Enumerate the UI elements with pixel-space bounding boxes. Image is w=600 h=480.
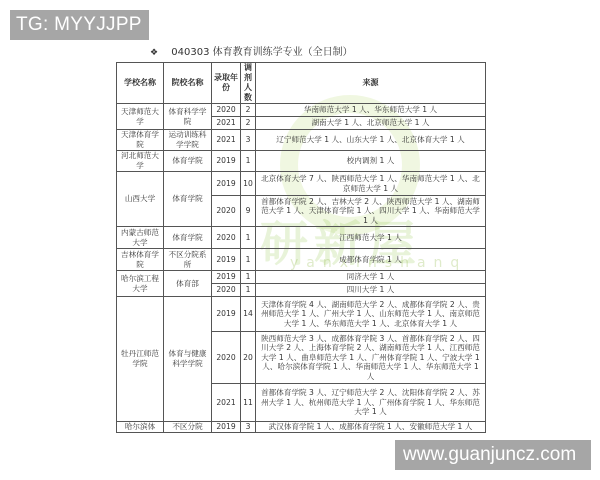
school-cell: 河北师范大学 bbox=[117, 151, 164, 172]
school-cell: 牡丹江师范学院 bbox=[117, 297, 164, 422]
source-cell: 北京体育大学 7 人、陕西师范大学 1 人、华南师范大学 1 人、北京师范大学 … bbox=[256, 172, 486, 196]
year-cell: 2020 bbox=[212, 196, 241, 227]
college-cell: 体育科学学院 bbox=[164, 104, 212, 130]
table-row: 天津体育学院 运动训练科学学院 2021 3 辽宁师范大学 1 人、山东大学 1… bbox=[117, 130, 486, 151]
year-cell: 2020 bbox=[212, 284, 241, 297]
year-cell: 2020 bbox=[212, 104, 241, 117]
source-cell: 天津体育学院 4 人、湖南师范大学 2 人、成都体育学院 2 人、贵州师范大学 … bbox=[256, 297, 486, 332]
count-cell: 2 bbox=[241, 117, 256, 130]
source-cell: 首都体育学院 2 人、吉林大学 2 人、陕西师范大学 1 人、湖南师范大学 1 … bbox=[256, 196, 486, 227]
table-row: 牡丹江师范学院 体育与健康科学学院 2019 14 天津体育学院 4 人、湖南师… bbox=[117, 297, 486, 332]
table-row: 天津师范大学 体育科学学院 2020 2 华南师范大学 1 人、华东师范大学 1… bbox=[117, 104, 486, 117]
source-cell: 成都体育学院 1 人 bbox=[256, 249, 486, 271]
count-cell: 1 bbox=[241, 151, 256, 172]
header-source: 来源 bbox=[256, 63, 486, 104]
section-title: ❖ 040303 体育教育训练学专业（全日制） bbox=[150, 43, 353, 58]
college-cell: 体育学院 bbox=[164, 172, 212, 227]
school-cell: 内蒙古师范大学 bbox=[117, 227, 164, 249]
source-cell: 华南师范大学 1 人、华东师范大学 1 人 bbox=[256, 104, 486, 117]
college-cell: 体育学院 bbox=[164, 151, 212, 172]
header-school: 学校名称 bbox=[117, 63, 164, 104]
diamond-bullet-icon: ❖ bbox=[150, 48, 158, 58]
header-year: 录取年份 bbox=[212, 63, 241, 104]
year-cell: 2019 bbox=[212, 172, 241, 196]
table-row: 哈尔滨工程大学 体育部 2019 1 同济大学 1 人 bbox=[117, 271, 486, 284]
header-count: 调剂人数 bbox=[241, 63, 256, 104]
college-cell: 运动训练科学学院 bbox=[164, 130, 212, 151]
header-college: 院校名称 bbox=[164, 63, 212, 104]
table-row: 山西大学 体育学院 2019 10 北京体育大学 7 人、陕西师范大学 1 人、… bbox=[117, 172, 486, 196]
table-row: 内蒙古师范大学 体育学院 2020 1 江西师范大学 1 人 bbox=[117, 227, 486, 249]
year-cell: 2019 bbox=[212, 249, 241, 271]
source-cell: 四川大学 1 人 bbox=[256, 284, 486, 297]
year-cell: 2021 bbox=[212, 130, 241, 151]
school-cell: 天津体育学院 bbox=[117, 130, 164, 151]
count-cell: 11 bbox=[241, 384, 256, 422]
table-row: 吉林体育学院 不区分院系所 2019 1 成都体育学院 1 人 bbox=[117, 249, 486, 271]
admission-table: 学校名称 院校名称 录取年份 调剂人数 来源 天津师范大学 体育科学学院 202… bbox=[116, 62, 486, 433]
year-cell: 2019 bbox=[212, 151, 241, 172]
college-cell: 体育部 bbox=[164, 271, 212, 297]
source-cell: 江西师范大学 1 人 bbox=[256, 227, 486, 249]
school-cell: 吉林体育学院 bbox=[117, 249, 164, 271]
year-cell: 2020 bbox=[212, 227, 241, 249]
college-cell: 体育与健康科学学院 bbox=[164, 297, 212, 422]
count-cell: 3 bbox=[241, 422, 256, 433]
source-cell: 武汉体育学院 1 人、成都体育学院 1 人、安徽师范大学 1 人 bbox=[256, 422, 486, 433]
source-cell: 首都体育学院 3 人、辽宁师范大学 2 人、沈阳体育学院 2 人、苏州大学 1 … bbox=[256, 384, 486, 422]
year-cell: 2021 bbox=[212, 117, 241, 130]
tg-watermark-badge: TG: MYYJJPP bbox=[10, 10, 149, 40]
college-cell: 不区分院 bbox=[164, 422, 212, 433]
year-cell: 2020 bbox=[212, 332, 241, 384]
table-row: 哈尔滨体 不区分院 2019 3 武汉体育学院 1 人、成都体育学院 1 人、安… bbox=[117, 422, 486, 433]
count-cell: 14 bbox=[241, 297, 256, 332]
year-cell: 2019 bbox=[212, 297, 241, 332]
school-cell: 哈尔滨工程大学 bbox=[117, 271, 164, 297]
count-cell: 1 bbox=[241, 227, 256, 249]
url-watermark-badge: www.guanjuncz.com bbox=[395, 440, 591, 470]
college-cell: 不区分院系所 bbox=[164, 249, 212, 271]
count-cell: 3 bbox=[241, 130, 256, 151]
count-cell: 2 bbox=[241, 104, 256, 117]
count-cell: 10 bbox=[241, 172, 256, 196]
school-cell: 山西大学 bbox=[117, 172, 164, 227]
source-cell: 陕西师范大学 3 人、成都体育学院 3 人、首都体育学院 2 人、四川大学 2 … bbox=[256, 332, 486, 384]
table-row: 河北师范大学 体育学院 2019 1 校内调剂 1 人 bbox=[117, 151, 486, 172]
school-cell: 天津师范大学 bbox=[117, 104, 164, 130]
year-cell: 2019 bbox=[212, 422, 241, 433]
year-cell: 2019 bbox=[212, 271, 241, 284]
college-cell: 体育学院 bbox=[164, 227, 212, 249]
year-cell: 2021 bbox=[212, 384, 241, 422]
count-cell: 1 bbox=[241, 271, 256, 284]
count-cell: 20 bbox=[241, 332, 256, 384]
count-cell: 9 bbox=[241, 196, 256, 227]
source-cell: 湖南大学 1 人、北京师范大学 1 人 bbox=[256, 117, 486, 130]
source-cell: 同济大学 1 人 bbox=[256, 271, 486, 284]
count-cell: 1 bbox=[241, 249, 256, 271]
source-cell: 校内调剂 1 人 bbox=[256, 151, 486, 172]
section-title-text: 040303 体育教育训练学专业（全日制） bbox=[171, 47, 352, 58]
table-header-row: 学校名称 院校名称 录取年份 调剂人数 来源 bbox=[117, 63, 486, 104]
school-cell: 哈尔滨体 bbox=[117, 422, 164, 433]
source-cell: 辽宁师范大学 1 人、山东大学 1 人、北京体育大学 1 人 bbox=[256, 130, 486, 151]
count-cell: 1 bbox=[241, 284, 256, 297]
